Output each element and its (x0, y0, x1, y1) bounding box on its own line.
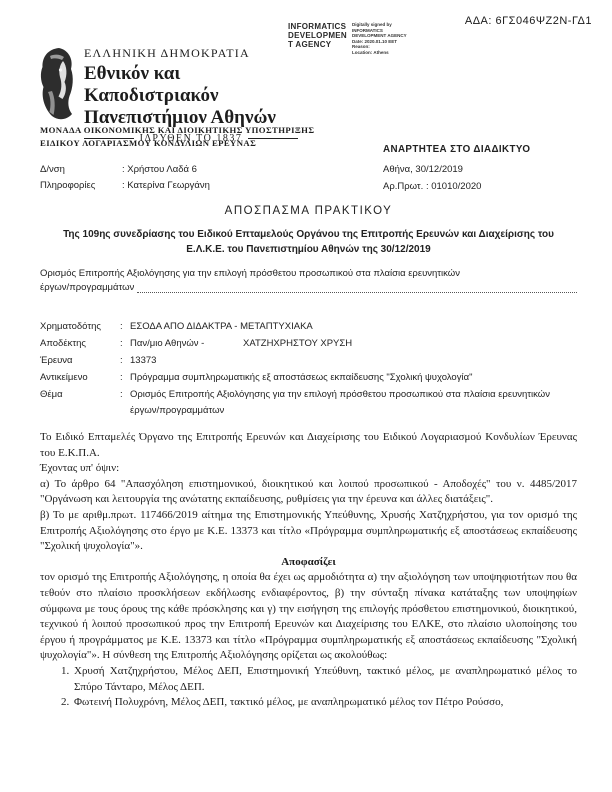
address-row: Δ/νση : Χρήστου Λαδά 6 (40, 162, 210, 178)
session-line1: Της 109ης συνεδρίασης του Ειδικού Επταμε… (40, 227, 577, 242)
unit-line1: ΜΟΝΑΔΑ ΟΙΚΟΝΟΜΙΚΗΣ ΚΑΙ ΔΙΟΙΚΗΤΙΚΗΣ ΥΠΟΣΤ… (40, 124, 314, 137)
object-label: Αντικείμενο (40, 370, 120, 386)
info-row: Πληροφορίες : Κατερίνα Γεωργάνη (40, 178, 210, 194)
web-posting-label: ΑΝΑΡΤΗΤΕΑ ΣΤΟ ΔΙΑΔΙΚΤΥΟ (383, 144, 530, 155)
funder-label: Χρηματοδότης (40, 319, 120, 335)
table-row-recipient: Αποδέκτης : Παν/μιο Αθηνών - ΧΑΤΖΗΧΡΗΣΤΟ… (40, 336, 577, 352)
topic-label: Θέμα (40, 387, 120, 418)
consideration-item-b: β) Το με αριθμ.πρωτ. 117466/2019 αίτημα … (40, 508, 577, 555)
research-value: 13373 (130, 353, 156, 369)
object-value: Πρόγραμμα συμπληρωματικής εξ αποστάσεως … (130, 370, 472, 386)
stamp-signature-line: DEVELOPMENT AGENCY (352, 33, 407, 39)
topic-value: Ορισμός Επιτροπής Αξιολόγησης για την επ… (130, 387, 570, 418)
research-label: Έρευνα (40, 353, 120, 369)
address-label: Δ/νση (40, 162, 122, 178)
having-regard-line: Έχοντας υπ' όψιν: (40, 461, 577, 477)
recipient-label: Αποδέκτης (40, 336, 120, 352)
university-name-line1: Εθνικόν και Καποδιστριακόν (84, 63, 314, 107)
session-line2: Ε.Λ.Κ.Ε. του Πανεπιστημίου Αθηνών της 30… (40, 242, 577, 257)
funder-value: ΕΣΟΔΑ ΑΠΟ ΔΙΔΑΚΤΡΑ - ΜΕΤΑΠΤΥΧΙΑΚΑ (130, 319, 313, 335)
subject-text-line1: Ορισμός Επιτροπής Αξιολόγησης για την επ… (40, 267, 577, 281)
contact-info: Δ/νση : Χρήστου Λαδά 6 Πληροφορίες : Κατ… (40, 162, 210, 194)
separator: : (120, 336, 130, 352)
decision-heading: Αποφασίζει (40, 555, 577, 571)
info-label: Πληροφορίες (40, 178, 122, 194)
details-table: Χρηματοδότης : ΕΣΟΔΑ ΑΠΟ ΔΙΔΑΚΤΡΑ - ΜΕΤΑ… (40, 319, 577, 418)
city-date: Αθήνα, 30/12/2019 (383, 164, 530, 175)
subject-text-line2-wrap: έργων/προγραμμάτων (40, 281, 577, 295)
subject-text-line2: έργων/προγραμμάτων (40, 281, 134, 295)
table-row-topic: Θέμα : Ορισμός Επιτροπής Αξιολόγησης για… (40, 387, 577, 418)
university-athena-emblem-icon (38, 46, 80, 124)
document-title: ΑΠΟΣΠΑΣΜΑ ΠΡΑΚΤΙΚΟΥ (40, 205, 577, 217)
main-content: ΑΠΟΣΠΑΣΜΑ ΠΡΑΚΤΙΚΟΥ Της 109ης συνεδρίαση… (40, 205, 577, 711)
list-item: Φωτεινή Πολυχρόνη, Μέλος ΔΕΠ, τακτικό μέ… (72, 695, 577, 711)
protocol-number: Αρ.Πρωτ. : 01010/2020 (383, 181, 530, 192)
recipient-value: Παν/μιο Αθηνών - ΧΑΤΖΗΧΡΗΣΤΟΥ ΧΡΥΣΗ (130, 336, 352, 352)
administrative-unit: ΜΟΝΑΔΑ ΟΙΚΟΝΟΜΙΚΗΣ ΚΑΙ ΔΙΟΙΚΗΤΙΚΗΣ ΥΠΟΣΤ… (40, 124, 314, 150)
stamp-signature-details: Digitally signed by INFORMATICS DEVELOPM… (352, 22, 407, 55)
stamp-signature-line: Location: Athens (352, 50, 407, 56)
stamp-agency-line: DEVELOPMEN (288, 31, 347, 40)
separator: : (120, 319, 130, 335)
address-value: : Χρήστου Λαδά 6 (122, 162, 197, 178)
table-row-object: Αντικείμενο : Πρόγραμμα συμπληρωματικής … (40, 370, 577, 386)
committee-members-list: Χρυσή Χατζηχρήστου, Μέλος ΔΕΠ, Επιστημον… (40, 664, 577, 711)
stamp-agency-line: INFORMATICS (288, 22, 347, 31)
recipient-value-part2: ΧΑΤΖΗΧΡΗΣΤΟΥ ΧΡΥΣΗ (243, 338, 352, 349)
intro-paragraph: Το Ειδικό Επταμελές Όργανο της Επιτροπής… (40, 430, 577, 461)
ada-code: ΑΔΑ: 6ΓΣ046ΨΖ2Ν-ΓΔ1 (465, 15, 592, 27)
separator: : (120, 387, 130, 418)
decision-paragraph: τον ορισμό της Επιτροπής Αξιολόγησης, η … (40, 570, 577, 664)
hellenic-republic-label: ΕΛΛΗΝΙΚΗ ΔΗΜΟΚΡΑΤΙΑ (84, 46, 314, 61)
list-item: Χρυσή Χατζηχρήστου, Μέλος ΔΕΠ, Επιστημον… (72, 664, 577, 695)
consideration-item-a: α) Το άρθρο 64 "Απασχόληση επιστημονικού… (40, 477, 577, 508)
separator: : (120, 353, 130, 369)
info-value: : Κατερίνα Γεωργάνη (122, 178, 210, 194)
document-page: ΑΔΑ: 6ΓΣ046ΨΖ2Ν-ΓΔ1 INFORMATICS DEVELOPM… (0, 0, 612, 792)
separator: : (120, 370, 130, 386)
decision-body: Το Ειδικό Επταμελές Όργανο της Επιτροπής… (40, 430, 577, 711)
subject-line: Ορισμός Επιτροπής Αξιολόγησης για την επ… (40, 267, 577, 295)
table-row-funder: Χρηματοδότης : ΕΣΟΔΑ ΑΠΟ ΔΙΔΑΚΤΡΑ - ΜΕΤΑ… (40, 319, 577, 335)
recipient-value-part1: Παν/μιο Αθηνών - (130, 338, 204, 349)
session-description: Της 109ης συνεδρίασης του Ειδικού Επταμε… (40, 227, 577, 257)
posting-block: ΑΝΑΡΤΗΤΕΑ ΣΤΟ ΔΙΑΔΙΚΤΥΟ Αθήνα, 30/12/201… (383, 144, 530, 198)
table-row-research: Έρευνα : 13373 (40, 353, 577, 369)
dotted-leader (137, 292, 577, 293)
unit-line2: ΕΙΔΙΚΟΥ ΛΟΓΑΡΙΑΣΜΟΥ ΚΟΝΔΥΛΙΩΝ ΕΡΕΥΝΑΣ (40, 137, 314, 150)
